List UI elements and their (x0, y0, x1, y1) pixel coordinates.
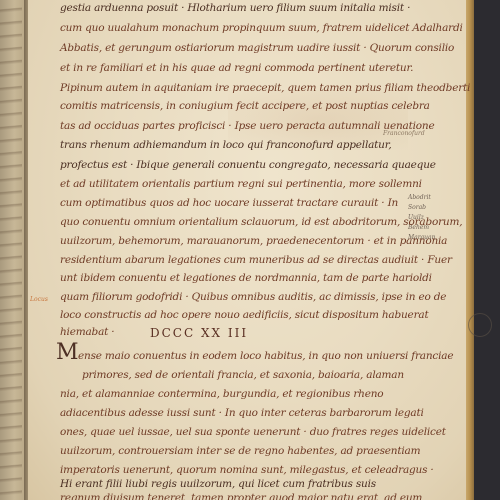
facing-page-text-shadow (0, 0, 22, 500)
text-line: cum optimatibus quos ad hoc uocare iusse… (60, 197, 398, 209)
text-line: unt ibidem conuentu et legationes de nor… (60, 272, 432, 284)
text-line: hiemabat · (60, 326, 114, 338)
text-line: uuilzorum, controuersiam inter se de reg… (60, 445, 420, 457)
page-edge-right (466, 0, 474, 500)
text-line: cum quo uualahum monachum propinquum suu… (60, 22, 463, 34)
text-line: profectus est · Ibique generali conuentu… (60, 159, 436, 171)
text-line: quo conuentu omnium orientalium sclauoru… (60, 216, 462, 228)
text-line: primores, sed de orientali francia, et s… (82, 369, 404, 381)
text-line: quam filiorum godofridi · Quibus omnibus… (60, 291, 446, 303)
text-line: imperatoris uenerunt, quorum nomina sunt… (60, 464, 434, 476)
circle-mark (468, 313, 492, 337)
text-line: comitis matricensis, in coniugium fecit … (60, 100, 430, 112)
text-line: et ad utilitatem orientalis partium regn… (60, 178, 422, 190)
decorated-initial: M (56, 340, 78, 365)
text-line: uuilzorum, behemorum, marauanorum, praed… (60, 235, 447, 247)
text-line: adiacentibus adesse iussi sunt · In quo … (60, 407, 424, 419)
marginal-rubric-left: Locus (30, 296, 48, 303)
text-line: trans rhenum adhiemandum in loco qui fra… (60, 139, 392, 151)
text-line: tas ad occiduas partes proficisci · Ipse… (60, 120, 434, 132)
text-line: ense maio conuentus in eodem loco habitu… (78, 350, 453, 362)
folio-page (28, 0, 468, 500)
text-line: regnum diuisum teneret, tamen propter qu… (60, 492, 422, 500)
text-line: ones, quae uel iussae, uel sua sponte ue… (60, 426, 446, 438)
year-heading: DCCC XX III (150, 326, 248, 340)
text-line: residentium abarum legationes cum muneri… (60, 254, 452, 266)
manuscript-scan: Locus Franconofurd Abodrit Sorab Uuilz B… (0, 0, 500, 500)
text-line: et in re familiari et in his quae ad reg… (60, 62, 413, 74)
text-line: nia, et alamanniae contermina, burgundia… (60, 388, 383, 400)
text-line: loco constructis ad hoc opere nouo aedif… (60, 309, 428, 321)
scan-backdrop (474, 0, 500, 500)
text-line: Hi erant filii liubi regis uuilzorum, qu… (60, 478, 376, 490)
text-line: Abbatis, et gerungum ostiariorum magistr… (60, 42, 454, 54)
facing-page-edge (0, 0, 26, 500)
text-line: gestia arduenna posuit · Hlotharium uero… (60, 2, 410, 14)
text-line: Pipinum autem in aquitaniam ire praecepi… (60, 82, 470, 94)
